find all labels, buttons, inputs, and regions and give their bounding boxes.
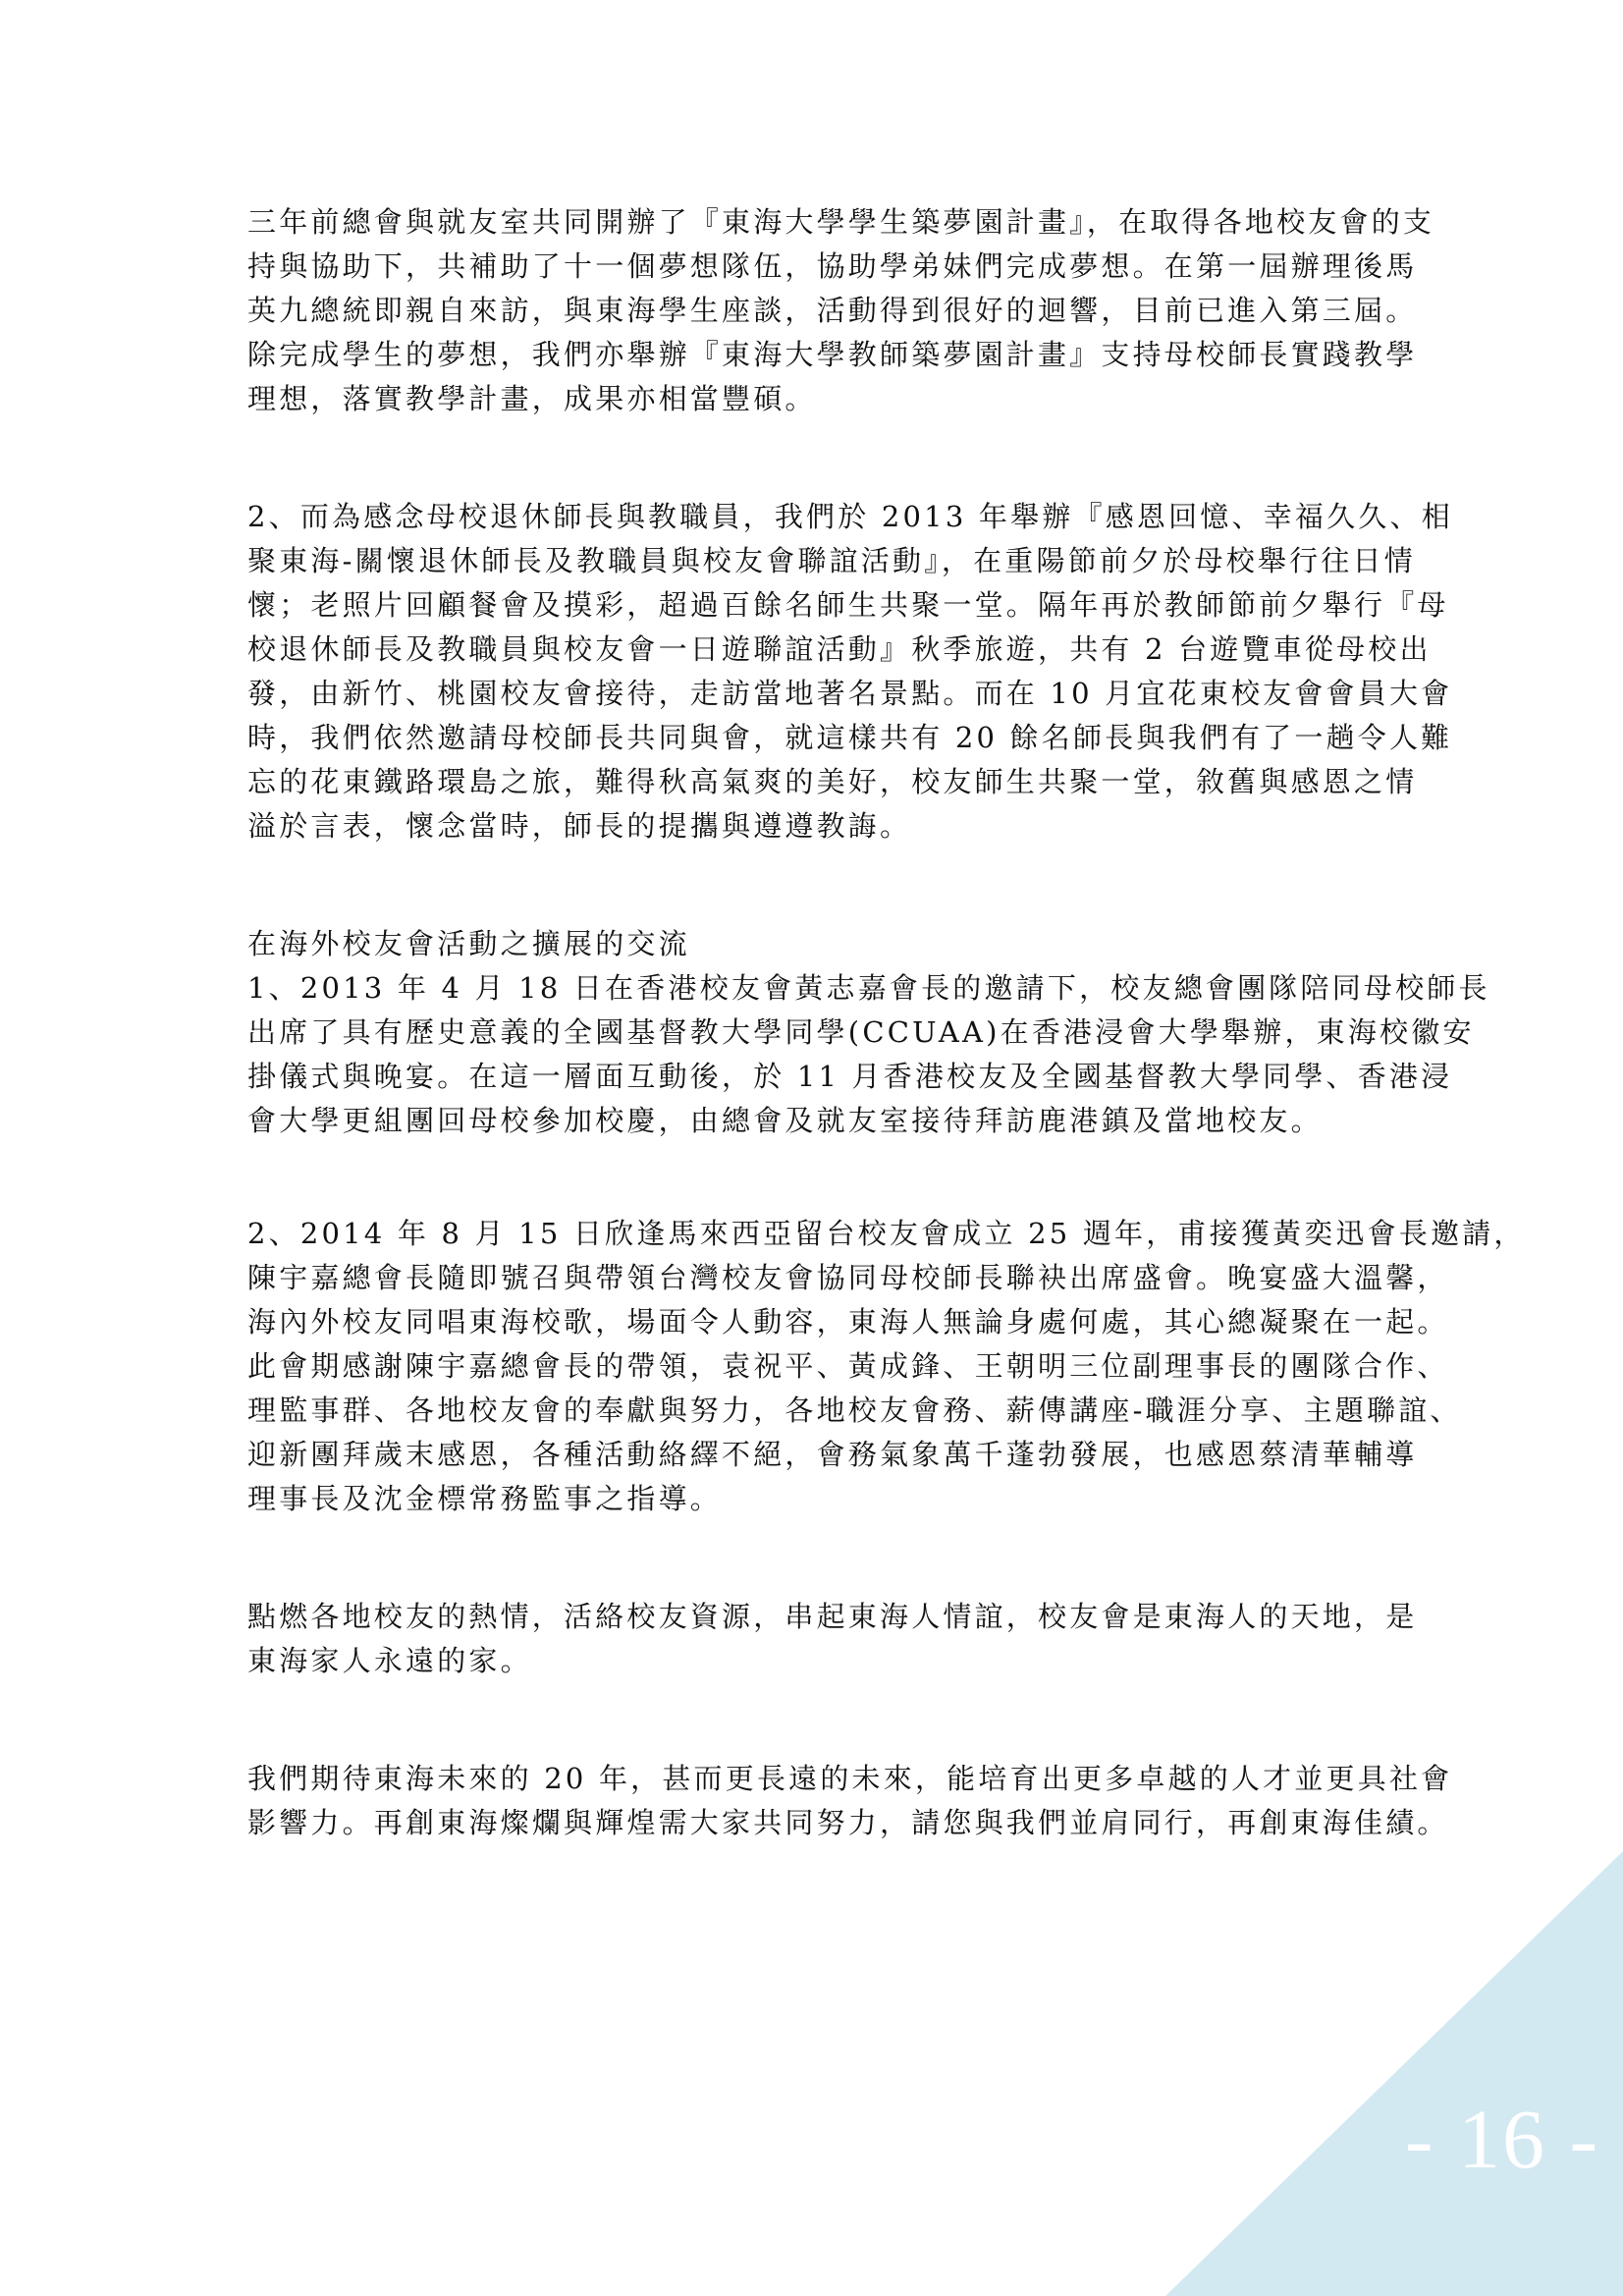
- section-heading: 在海外校友會活動之擴展的交流: [247, 922, 1485, 966]
- text-line: 英九總統即親自來訪，與東海學生座談，活動得到很好的迴響，目前已進入第三屆。: [247, 289, 1485, 333]
- text-line: 發，由新竹、桃園校友會接待，走訪當地著名景點。而在 10 月宜花東校友會會員大會: [247, 672, 1485, 716]
- paragraph-alumni-home: 點燃各地校友的熱情，活絡校友資源，串起東海人情誼，校友會是東海人的天地，是 東海…: [247, 1595, 1485, 1683]
- paragraph-spacer: [247, 1727, 1485, 1757]
- text-line: 影響力。再創東海燦爛與輝煌需大家共同努力，請您與我們並肩同行，再創東海佳績。: [247, 1801, 1485, 1845]
- text-line: 我們期待東海未來的 20 年，甚而更長遠的未來，能培育出更多卓越的人才並更具社會: [247, 1757, 1485, 1801]
- text-line: 時，我們依然邀請母校師長共同與會，就這樣共有 20 餘名師長與我們有了一趟令人難: [247, 716, 1485, 760]
- text-line: 點燃各地校友的熱情，活絡校友資源，串起東海人情誼，校友會是東海人的天地，是: [247, 1595, 1485, 1639]
- text-line: 忘的花東鐵路環島之旅，難得秋高氣爽的美好，校友師生共聚一堂，敘舊與感恩之情: [247, 760, 1485, 804]
- text-line: 理監事群、各地校友會的奉獻與努力，各地校友會務、薪傳講座-職涯分享、主題聯誼、: [247, 1389, 1485, 1433]
- text-line: 2、2014 年 8 月 15 日欣逢馬來西亞留台校友會成立 25 週年，甫接獲…: [247, 1212, 1485, 1256]
- paragraph-spacer: [247, 848, 1485, 893]
- text-line: 1、2013 年 4 月 18 日在香港校友會黃志嘉會長的邀請下，校友總會團隊陪…: [247, 966, 1485, 1011]
- text-line: 迎新團拜歲末感恩，各種活動絡繹不絕，會務氣象萬千蓬勃發展，也感恩蔡清華輔導: [247, 1433, 1485, 1477]
- text-line: 海內外校友同唱東海校歌，場面令人動容，東海人無論身處何處，其心總凝聚在一起。: [247, 1300, 1485, 1344]
- text-line: 校退休師長及教職員與校友會一日遊聯誼活動』秋季旅遊，共有 2 台遊覽車從母校出: [247, 628, 1485, 672]
- paragraph-spacer: [247, 1187, 1485, 1212]
- text-line: 此會期感謝陳宇嘉總會長的帶領，袁祝平、黃成鋒、王朝明三位副理事長的團隊合作、: [247, 1344, 1485, 1389]
- paragraph-spacer: [247, 465, 1485, 495]
- text-line: 會大學更組團回母校參加校慶，由總會及就友室接待拜訪鹿港鎮及當地校友。: [247, 1099, 1485, 1143]
- paragraph-spacer: [247, 1521, 1485, 1565]
- paragraph-future-outlook: 我們期待東海未來的 20 年，甚而更長遠的未來，能培育出更多卓越的人才並更具社會…: [247, 1757, 1485, 1845]
- text-line: 理想，落實教學計畫，成果亦相當豐碩。: [247, 377, 1485, 421]
- text-line: 東海家人永遠的家。: [247, 1639, 1485, 1683]
- text-line: 持與協助下，共補助了十一個夢想隊伍，協助學弟妹們完成夢想。在第一屆辦理後馬: [247, 245, 1485, 289]
- text-line: 掛儀式與晚宴。在這一層面互動後，於 11 月香港校友及全國基督教大學同學、香港浸: [247, 1055, 1485, 1099]
- paragraph-spacer: [247, 1683, 1485, 1727]
- text-line: 三年前總會與就友室共同開辦了『東海大學學生築夢園計畫』，在取得各地校友會的支: [247, 200, 1485, 245]
- text-line: 懷；老照片回顧餐會及摸彩，超過百餘名師生共聚一堂。隔年再於教師節前夕舉行『母: [247, 583, 1485, 628]
- text-line: 陳宇嘉總會長隨即號召與帶領台灣校友會協同母校師長聯袂出席盛會。晚宴盛大溫馨，: [247, 1256, 1485, 1300]
- corner-decoration-triangle: [1165, 1851, 1623, 2296]
- page-number: - 16 -: [1394, 2090, 1610, 2188]
- text-line: 出席了具有歷史意義的全國基督教大學同學(CCUAA)在香港浸會大學舉辦，東海校徽…: [247, 1011, 1485, 1055]
- text-line: 溢於言表，懷念當時，師長的提攜與遵遵教誨。: [247, 804, 1485, 848]
- paragraph-overseas-exchange: 在海外校友會活動之擴展的交流 1、2013 年 4 月 18 日在香港校友會黃志…: [247, 922, 1485, 1143]
- text-line: 理事長及沈金標常務監事之指導。: [247, 1477, 1485, 1521]
- document-body: 三年前總會與就友室共同開辦了『東海大學學生築夢園計畫』，在取得各地校友會的支 持…: [247, 200, 1485, 1845]
- paragraph-spacer: [247, 1565, 1485, 1595]
- paragraph-dream-program: 三年前總會與就友室共同開辦了『東海大學學生築夢園計畫』，在取得各地校友會的支 持…: [247, 200, 1485, 421]
- document-page: 三年前總會與就友室共同開辦了『東海大學學生築夢園計畫』，在取得各地校友會的支 持…: [0, 0, 1623, 2296]
- text-line: 聚東海-關懷退休師長及教職員與校友會聯誼活動』，在重陽節前夕於母校舉行往日情: [247, 539, 1485, 583]
- paragraph-spacer: [247, 1143, 1485, 1187]
- text-line: 除完成學生的夢想，我們亦舉辦『東海大學教師築夢園計畫』支持母校師長實踐教學: [247, 333, 1485, 377]
- paragraph-spacer: [247, 893, 1485, 922]
- paragraph-spacer: [247, 421, 1485, 465]
- text-line: 2、而為感念母校退休師長與教職員，我們於 2013 年舉辦『感恩回憶、幸福久久、…: [247, 495, 1485, 539]
- paragraph-retired-teachers: 2、而為感念母校退休師長與教職員，我們於 2013 年舉辦『感恩回憶、幸福久久、…: [247, 495, 1485, 848]
- paragraph-malaysia-anniversary: 2、2014 年 8 月 15 日欣逢馬來西亞留台校友會成立 25 週年，甫接獲…: [247, 1212, 1485, 1521]
